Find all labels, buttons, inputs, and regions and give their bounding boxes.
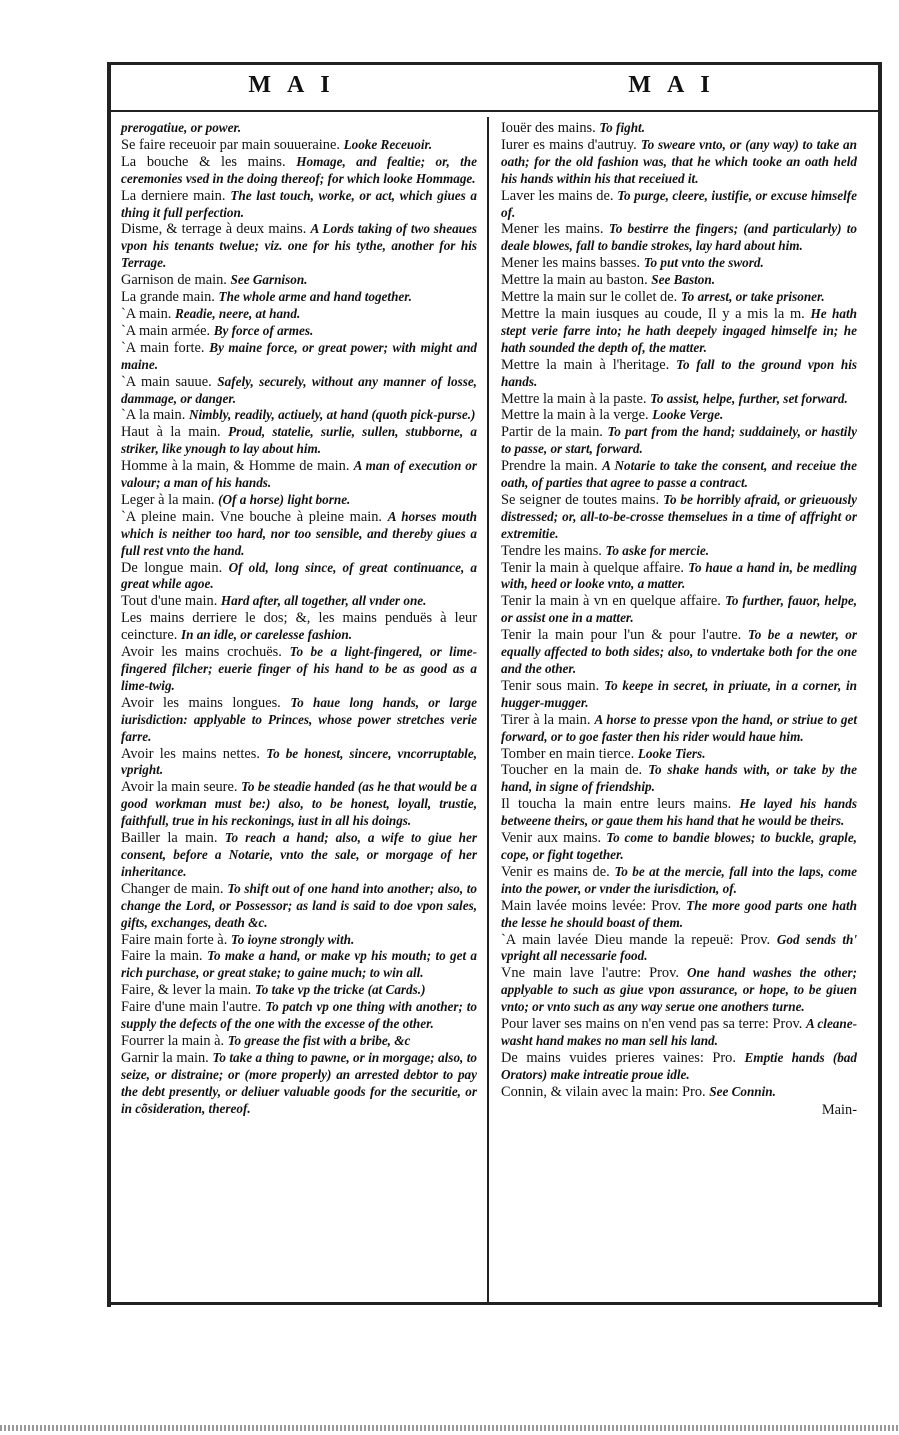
right-column: Iouër des mains. To fight.Iurer es mains… (501, 120, 857, 1118)
headword: Fourrer la main à. (121, 1033, 224, 1049)
page-frame-left-rule (107, 62, 111, 1307)
dictionary-entry: Il toucha la main entre leurs mains. He … (501, 796, 857, 830)
dictionary-entry: Mener les mains basses. To put vnto the … (501, 255, 857, 272)
headword: Faire, & lever la main. (121, 982, 251, 998)
headword: Se faire receuoir par main souueraine. (121, 137, 340, 153)
headword: Mettre la main à la verge. (501, 407, 649, 423)
headword: Disme, & terrage à deux mains. (121, 221, 306, 237)
definition: The whole arme and hand together. (219, 289, 412, 304)
definition: To fight. (599, 120, 645, 135)
dictionary-entry: Mener les mains. To bestirre the fingers… (501, 221, 857, 255)
left-column: prerogatiue, or power.Se faire receuoir … (121, 120, 477, 1117)
header-rule (107, 110, 882, 112)
headword: La bouche & les mains. (121, 154, 286, 170)
dictionary-entry: Avoir la main seure. To be steadie hande… (121, 779, 477, 830)
definition: To grease the fist with a bribe, &c (228, 1033, 411, 1048)
headword: Leger à la main. (121, 492, 215, 508)
dictionary-entry: Iouër des mains. To fight. (501, 120, 857, 137)
headword: Iouër des mains. (501, 120, 596, 136)
scan-edge-noise (0, 1425, 899, 1431)
headword: Toucher en la main de. (501, 762, 642, 778)
dictionary-entry: Tendre les mains. To aske for mercie. (501, 543, 857, 560)
page-frame-top-rule (107, 62, 882, 65)
page-frame-right-rule (878, 62, 882, 1307)
dictionary-entry: Prendre la main. A Notarie to take the c… (501, 458, 857, 492)
headword: Bailler la main. (121, 830, 217, 846)
headword: Mettre la main à l'heritage. (501, 357, 669, 373)
headword: Mettre la main au baston. (501, 272, 648, 288)
headword: Mettre la main à la paste. (501, 391, 646, 407)
headword: Mettre la main sur le collet de. (501, 289, 677, 305)
dictionary-entry: Laver les mains de. To purge, cleere, iu… (501, 188, 857, 222)
definition: Looke Tiers. (638, 746, 706, 761)
dictionary-entry: Vne main lave l'autre: Prov. One hand wa… (501, 965, 857, 1016)
dictionary-entry: De mains vuides prieres vaines: Pro. Emp… (501, 1050, 857, 1084)
headword: Faire main forte à. (121, 932, 227, 948)
dictionary-entry: `A main lavée Dieu mande la repeuë: Prov… (501, 932, 857, 966)
headword: De mains vuides prieres vaines: Pro. (501, 1050, 736, 1066)
headword: Main lavée moins levée: Prov. (501, 898, 681, 914)
definition: To put vnto the sword. (644, 255, 764, 270)
definition: See Baston. (651, 272, 715, 287)
headword: Mettre la main iusques au coude, Il y a … (501, 306, 805, 322)
dictionary-entry: Tenir la main pour l'un & pour l'autre. … (501, 627, 857, 678)
headword: Venir aux mains. (501, 830, 601, 846)
dictionary-entry: Avoir les mains longues. To haue long ha… (121, 695, 477, 746)
page-frame-bottom-rule (107, 1302, 882, 1305)
dictionary-entry: prerogatiue, or power. (121, 120, 477, 137)
dictionary-entry: Faire main forte à. To ioyne strongly wi… (121, 932, 477, 949)
dictionary-entry: Faire d'une main l'autre. To patch vp on… (121, 999, 477, 1033)
headword: De longue main. (121, 560, 222, 576)
headword: Faire la main. (121, 948, 203, 964)
dictionary-entry: `A la main. Nimbly, readily, actiuely, a… (121, 407, 477, 424)
headword: Tenir la main à vn en quelque affaire. (501, 593, 721, 609)
definition: In an idle, or carelesse fashion. (181, 627, 352, 642)
dictionary-entry: Mettre la main sur le collet de. To arre… (501, 289, 857, 306)
dictionary-entry: Connin, & vilain avec la main: Pro. See … (501, 1084, 857, 1101)
headword: Tenir la main pour l'un & pour l'autre. (501, 627, 741, 643)
headword: La grande main. (121, 289, 215, 305)
dictionary-entry: Main lavée moins levée: Prov. The more g… (501, 898, 857, 932)
headword: Tenir la main à quelque affaire. (501, 560, 684, 576)
definition: Nimbly, readily, actiuely, at hand (quot… (189, 407, 475, 422)
headword: Avoir les mains nettes. (121, 746, 260, 762)
headword: Tenir sous main. (501, 678, 599, 694)
headword: Tomber en main tierce. (501, 746, 634, 762)
dictionary-entry: Tenir la main à quelque affaire. To haue… (501, 560, 857, 594)
headword: Venir es mains de. (501, 864, 610, 880)
definition: To assist, helpe, further, set forward. (650, 391, 848, 406)
headword: Il toucha la main entre leurs mains. (501, 796, 731, 812)
dictionary-entry: Mettre la main au baston. See Baston. (501, 272, 857, 289)
dictionary-entry: Mettre la main à la verge. Looke Verge. (501, 407, 857, 424)
dictionary-entry: Venir aux mains. To come to bandie blowe… (501, 830, 857, 864)
dictionary-entry: `A main forte. By maine force, or great … (121, 340, 477, 374)
dictionary-entry: Homme à la main, & Homme de main. A man … (121, 458, 477, 492)
headword: Homme à la main, & Homme de main. (121, 458, 349, 474)
catchword: Main- (501, 1102, 857, 1119)
headword: Pour laver ses mains on n'en vend pas sa… (501, 1016, 802, 1032)
dictionary-entry: La grande main. The whole arme and hand … (121, 289, 477, 306)
dictionary-entry: Haut à la main. Proud, statelie, surlie,… (121, 424, 477, 458)
dictionary-entry: La derniere main. The last touch, worke,… (121, 188, 477, 222)
headword: `A main lavée Dieu mande la repeuë: Prov… (501, 932, 770, 948)
dictionary-entry: `A pleine main. Vne bouche à pleine main… (121, 509, 477, 560)
running-head-left: MAI (167, 72, 427, 99)
headword: Tout d'une main. (121, 593, 217, 609)
headword: Tirer à la main. (501, 712, 590, 728)
dictionary-entry: Tomber en main tierce. Looke Tiers. (501, 746, 857, 763)
dictionary-entry: Faire la main. To make a hand, or make v… (121, 948, 477, 982)
dictionary-entry: `A main. Readie, neere, at hand. (121, 306, 477, 323)
definition: By force of armes. (214, 323, 314, 338)
dictionary-entry: Garnir la main. To take a thing to pawne… (121, 1050, 477, 1118)
headword: Prendre la main. (501, 458, 598, 474)
dictionary-entry: Garnison de main. See Garnison. (121, 272, 477, 289)
running-head-right: MAI (547, 72, 807, 99)
dictionary-entry: Avoir les mains nettes. To be honest, si… (121, 746, 477, 780)
headword: Avoir la main seure. (121, 779, 237, 795)
dictionary-entry: Toucher en la main de. To shake hands wi… (501, 762, 857, 796)
dictionary-entry: Venir es mains de. To be at the mercie, … (501, 864, 857, 898)
dictionary-entry: Disme, & terrage à deux mains. A Lords t… (121, 221, 477, 272)
dictionary-entry: Leger à la main. (Of a horse) light born… (121, 492, 477, 509)
dictionary-entry: Faire, & lever la main. To take vp the t… (121, 982, 477, 999)
dictionary-entry: Changer de main. To shift out of one han… (121, 881, 477, 932)
dictionary-entry: Mettre la main à l'heritage. To fall to … (501, 357, 857, 391)
definition: See Garnison. (231, 272, 308, 287)
dictionary-entry: Se seigner de toutes mains. To be horrib… (501, 492, 857, 543)
headword: Se seigner de toutes mains. (501, 492, 659, 508)
dictionary-entry: De longue main. Of old, long since, of g… (121, 560, 477, 594)
dictionary-entry: Mettre la main à la paste. To assist, he… (501, 391, 857, 408)
definition: Looke Verge. (652, 407, 723, 422)
dictionary-entry: Mettre la main iusques au coude, Il y a … (501, 306, 857, 357)
dictionary-entry: Partir de la main. To part from the hand… (501, 424, 857, 458)
headword: Garnison de main. (121, 272, 227, 288)
dictionary-entry: Iurer es mains d'autruy. To sweare vnto,… (501, 137, 857, 188)
headword: Mener les mains basses. (501, 255, 640, 271)
dictionary-page: MAI MAI prerogatiue, or power.Se faire r… (107, 62, 882, 1307)
dictionary-entry: Pour laver ses mains on n'en vend pas sa… (501, 1016, 857, 1050)
dictionary-entry: Fourrer la main à. To grease the fist wi… (121, 1033, 477, 1050)
headword: Partir de la main. (501, 424, 603, 440)
definition: To arrest, or take prisoner. (681, 289, 825, 304)
definition: Looke Receuoir. (344, 137, 433, 152)
headword: Changer de main. (121, 881, 223, 897)
headword: `A pleine main. Vne bouche à pleine main… (121, 509, 382, 525)
headword: Tendre les mains. (501, 543, 602, 559)
headword: Garnir la main. (121, 1050, 209, 1066)
headword: `A main armée. (121, 323, 210, 339)
dictionary-entry: La bouche & les mains. Homage, and fealt… (121, 154, 477, 188)
dictionary-entry: Tenir sous main. To keepe in secret, in … (501, 678, 857, 712)
headword: Mener les mains. (501, 221, 603, 237)
column-divider (487, 117, 489, 1302)
dictionary-entry: `A main sauue. Safely, securely, without… (121, 374, 477, 408)
headword: Haut à la main. (121, 424, 221, 440)
headword: Avoir les mains longues. (121, 695, 281, 711)
headword: La derniere main. (121, 188, 225, 204)
headword: `A main sauue. (121, 374, 212, 390)
dictionary-entry: `A main armée. By force of armes. (121, 323, 477, 340)
headword: Vne main lave l'autre: Prov. (501, 965, 679, 981)
definition: Readie, neere, at hand. (175, 306, 300, 321)
headword: Iurer es mains d'autruy. (501, 137, 637, 153)
dictionary-entry: Bailler la main. To reach a hand; also, … (121, 830, 477, 881)
headword: `A la main. (121, 407, 185, 423)
dictionary-entry: Les mains derriere le dos; &, les mains … (121, 610, 477, 644)
headword: `A main forte. (121, 340, 205, 356)
dictionary-entry: Avoir les mains crochuës. To be a light-… (121, 644, 477, 695)
definition: To ioyne strongly with. (231, 932, 354, 947)
definition: See Connin. (709, 1084, 776, 1099)
headword: `A main. (121, 306, 171, 322)
dictionary-entry: Tirer à la main. A horse to presse vpon … (501, 712, 857, 746)
headword: Faire d'une main l'autre. (121, 999, 261, 1015)
dictionary-entry: Tenir la main à vn en quelque affaire. T… (501, 593, 857, 627)
definition: prerogatiue, or power. (121, 120, 241, 135)
headword: Connin, & vilain avec la main: Pro. (501, 1084, 706, 1100)
headword: Laver les mains de. (501, 188, 613, 204)
definition: (Of a horse) light borne. (218, 492, 350, 507)
dictionary-entry: Se faire receuoir par main souueraine. L… (121, 137, 477, 154)
definition: To aske for mercie. (606, 543, 710, 558)
definition: To take vp the tricke (at Cards.) (255, 982, 426, 997)
headword: Avoir les mains crochuës. (121, 644, 282, 660)
dictionary-entry: Tout d'une main. Hard after, all togethe… (121, 593, 477, 610)
definition: Hard after, all together, all vnder one. (221, 593, 427, 608)
